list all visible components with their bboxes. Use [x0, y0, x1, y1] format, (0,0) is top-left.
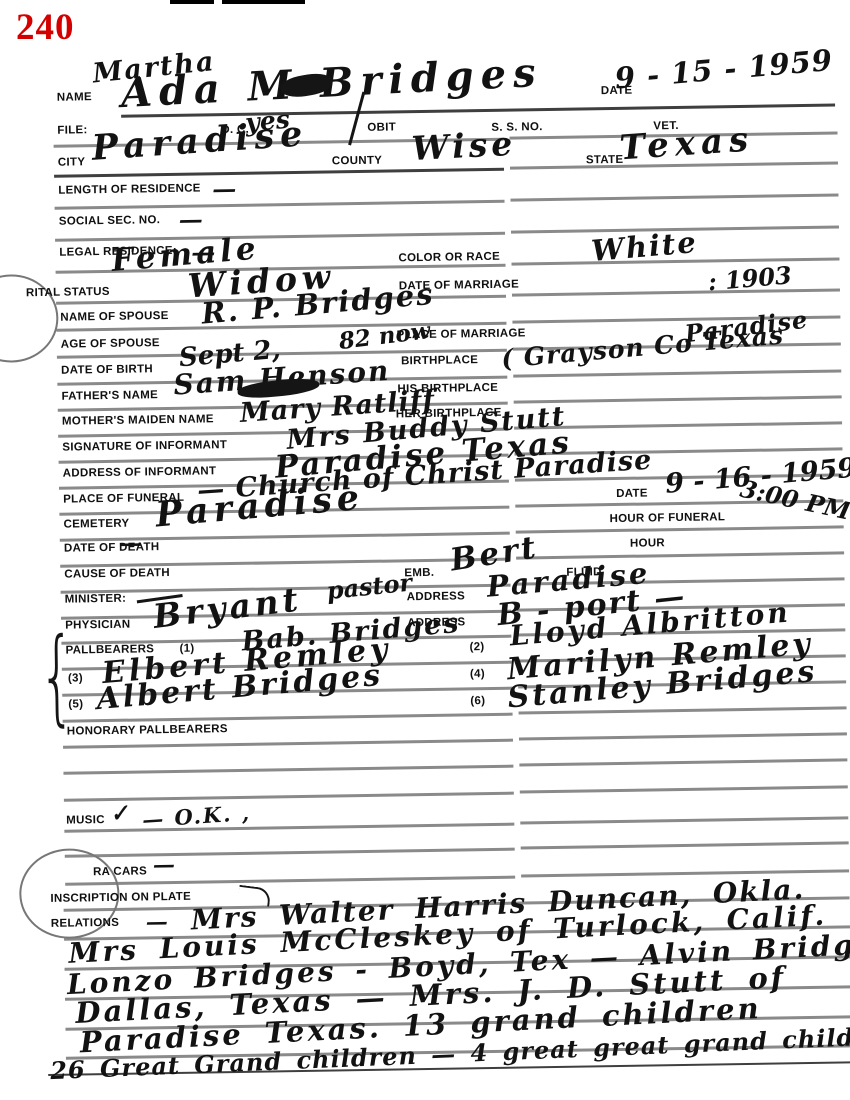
field-label-obit: OBIT: [367, 121, 396, 133]
ruled-line: [516, 525, 844, 533]
ruled-line: [513, 369, 841, 377]
field-label-physician: PHYSICIAN: [65, 619, 131, 632]
field-label-social-sec-no: SOCIAL SEC. NO.: [59, 214, 161, 228]
ruled-line: [520, 785, 848, 793]
handwriting-death-dash: —: [120, 532, 142, 554]
field-label-cemetery: CEMETERY: [63, 518, 129, 531]
ruled-line: [54, 168, 504, 178]
handwriting-cars-dash: —: [153, 854, 175, 876]
field-label-extra-cars: RA CARS: [93, 865, 147, 878]
ruled-line: [64, 823, 514, 833]
ruled-line: [516, 551, 844, 559]
pallbearer-num-4: (4): [470, 668, 485, 680]
field-label-name: NAME: [57, 91, 92, 104]
field-label-minister: MINISTER:: [65, 593, 127, 606]
ruled-line: [512, 288, 840, 296]
ruled-line: [520, 816, 848, 824]
field-label-signature-of-informant: SIGNATURE OF INFORMANT: [62, 439, 227, 454]
handwriting-minister-note: pastor: [326, 571, 414, 604]
ruled-line: [510, 193, 838, 201]
scanned-funeral-record: 240: [0, 0, 850, 1100]
ruled-line: [519, 732, 847, 740]
field-label-file: FILE:: [57, 124, 87, 136]
field-label-funeral-date: DATE: [616, 487, 648, 499]
field-label-color-or-race: COLOR OR RACE: [398, 251, 500, 265]
ruled-line: [63, 739, 513, 749]
field-label-honorary-pallbearers: HONORARY PALLBEARERS: [67, 723, 228, 738]
field-label-name-of-spouse: NAME OF SPOUSE: [60, 310, 169, 324]
field-label-city: CITY: [58, 156, 86, 168]
handwriting-city: Paradise: [91, 116, 310, 166]
pallbearer-num-6: (6): [470, 695, 485, 707]
field-label-minister-address: ADDRESS: [407, 590, 466, 603]
pallbearer-num-2: (2): [469, 641, 484, 653]
field-label-relations: RELATIONS: [51, 917, 119, 930]
handwriting-music-mark: ✓: [109, 802, 131, 827]
field-label-county: COUNTY: [332, 155, 383, 168]
field-label-inscription-on-plate: INSCRIPTION ON PLATE: [50, 891, 191, 905]
ruled-line: [55, 232, 505, 242]
handwriting-ssn-dash: —: [179, 207, 203, 231]
handwriting-date: 9 - 15 - 1959: [614, 46, 834, 94]
ruled-line: [60, 558, 510, 568]
ruled-line: [521, 841, 849, 849]
field-label-music: MUSIC: [66, 814, 105, 827]
field-label-state: STATE: [586, 154, 624, 167]
field-label-age-of-spouse: AGE OF SPOUSE: [61, 337, 160, 351]
field-label-birthplace: BIRTHPLACE: [401, 354, 478, 367]
ruled-line: [64, 792, 514, 802]
handwriting-birthplace: ( Grayson Co Texas: [500, 322, 785, 371]
handwriting-county: Wise: [411, 127, 517, 165]
field-label-cause-of-death: CAUSE OF DEATH: [64, 567, 170, 581]
field-label-length-of-residence: LENGTH OF RESIDENCE: [58, 182, 201, 196]
field-label-fathers-name: FATHER'S NAME: [61, 389, 158, 403]
pallbearers-brace: {: [38, 624, 76, 729]
form-sheet: NAME DATE FILE: D. C. OBIT S. S. NO. VET…: [0, 0, 850, 1100]
field-label-mothers-maiden-name: MOTHER'S MAIDEN NAME: [62, 413, 214, 427]
field-label-hour: HOUR: [630, 537, 665, 550]
field-label-date-of-death: DATE OF DEATH: [64, 541, 160, 554]
ruled-line: [65, 848, 515, 858]
handwriting-marriage-date: : 1903: [707, 263, 793, 294]
field-label-marital-status: RITAL STATUS: [26, 286, 110, 299]
handwriting-length-dash: —: [212, 177, 236, 201]
ruled-line: [519, 758, 847, 766]
handwriting-relations-dash: —: [146, 911, 168, 933]
field-label-hour-of-funeral: HOUR OF FUNERAL: [609, 511, 725, 525]
field-label-address-of-informant: ADDRESS OF INFORMANT: [63, 465, 217, 479]
ruled-line: [63, 765, 513, 775]
ruled-line: [55, 200, 505, 210]
field-label-date-of-birth: DATE OF BIRTH: [61, 363, 153, 376]
handwriting-race: White: [590, 228, 699, 266]
handwriting-state: Texas: [619, 122, 755, 165]
